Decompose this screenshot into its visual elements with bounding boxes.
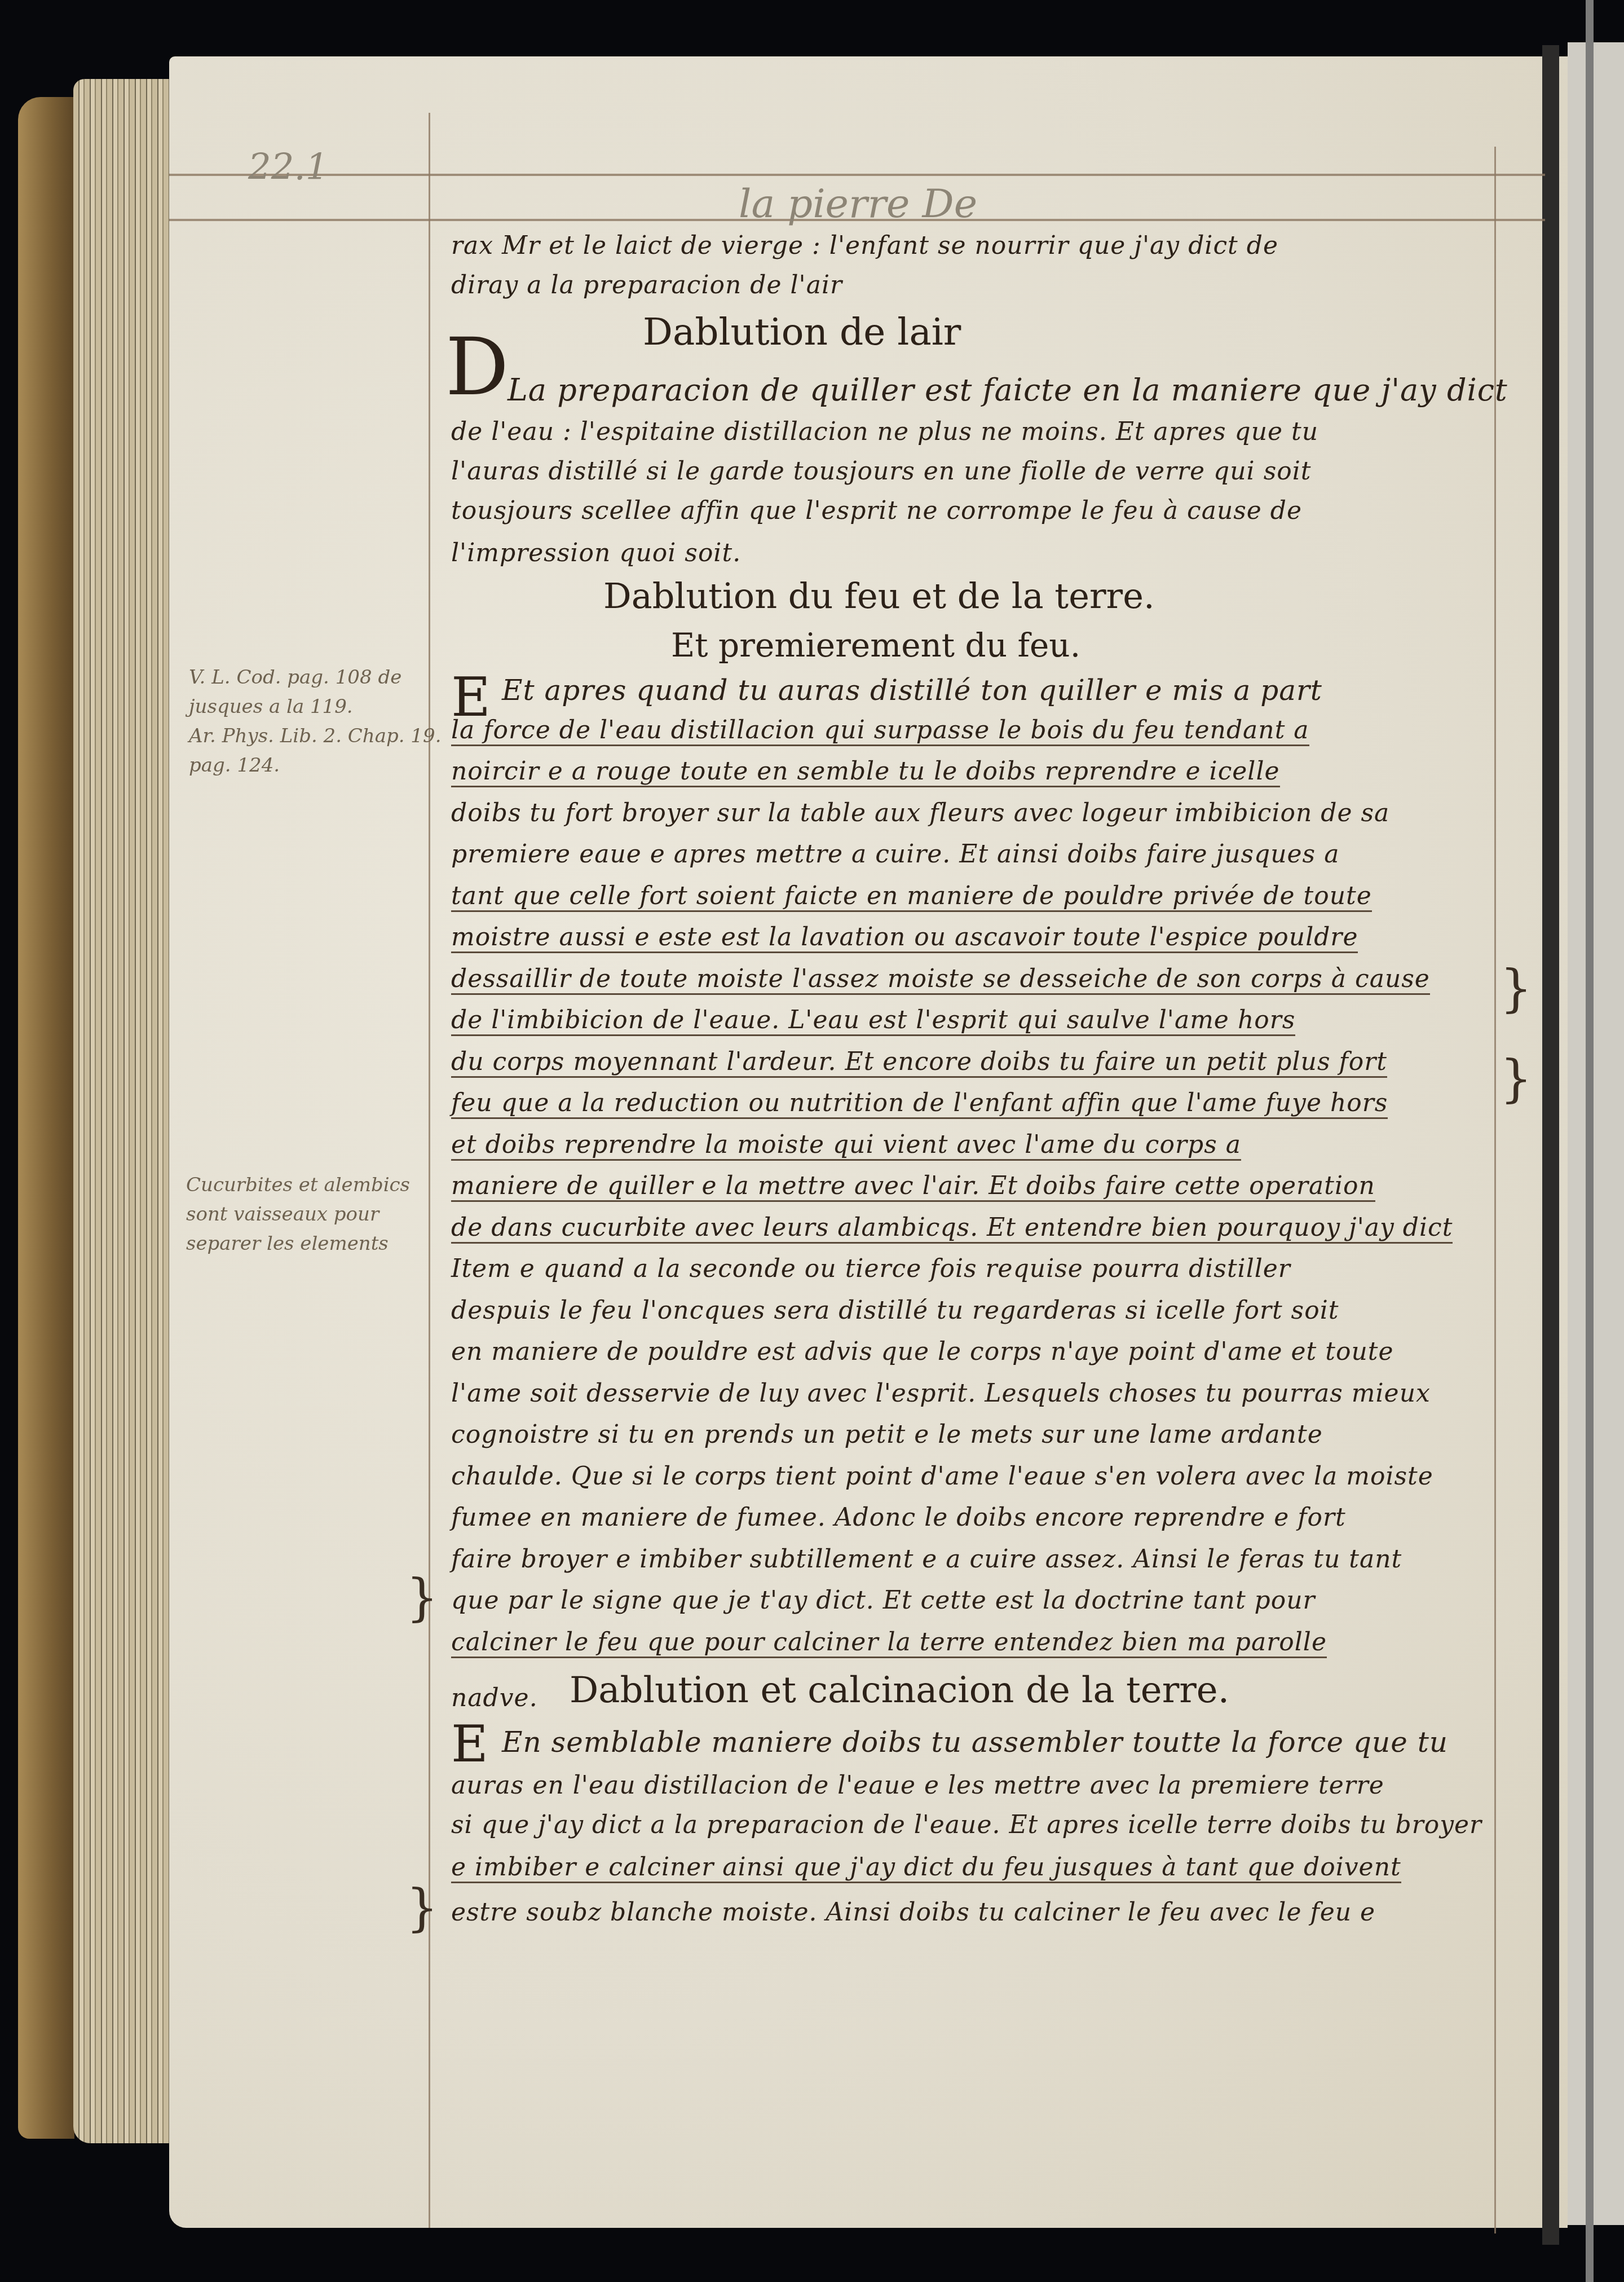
text-line: faire broyer e imbiber subtillement e a … <box>451 1545 1402 1574</box>
margin-note-vessels: Cucurbites et alembics sont vaisseaux po… <box>186 1170 410 1258</box>
text-line: noircir e a rouge toute en semble tu le … <box>451 757 1280 787</box>
margin-note-reference: V. L. Cod. pag. 108 de jusques a la 119.… <box>189 663 441 780</box>
text-line: fumee en maniere de fumee. Adonc le doib… <box>451 1503 1346 1532</box>
text-line: dessaillir de toute moiste l'assez moist… <box>451 964 1430 995</box>
section-heading: Dablution et calcinacion de la terre. <box>570 1669 1229 1711</box>
left-bracket-mark: } <box>406 1568 438 1627</box>
top-rule-1 <box>169 174 1545 176</box>
text-line: calciner le feu que pour calciner la ter… <box>451 1628 1327 1658</box>
text-line: La preparacion de quiller est faicte en … <box>507 372 1508 408</box>
right-margin-rule <box>1494 147 1496 2233</box>
text-line: Et apres quand tu auras distillé ton qui… <box>502 674 1322 707</box>
text-line: l'ame soit desservie de luy avec l'espri… <box>451 1379 1431 1408</box>
text-line: que par le signe que je t'ay dict. Et ce… <box>451 1586 1316 1615</box>
text-line: de l'imbibicion de l'eaue. L'eau est l'e… <box>451 1006 1295 1036</box>
right-bracket-mark: } <box>1500 959 1532 1018</box>
text-line: si que j'ay dict a la preparacion de l'e… <box>451 1810 1482 1839</box>
binding-gutter <box>1542 45 1559 2245</box>
book-cover-edge <box>18 97 74 2139</box>
page-stack-edge <box>73 79 175 2143</box>
text-line: premiere eaue e apres mettre a cuire. Et… <box>451 840 1339 869</box>
text-line: et doibs reprendre la moiste qui vient a… <box>451 1130 1241 1161</box>
text-line: despuis le feu l'oncques sera distillé t… <box>451 1296 1339 1325</box>
text-line: En semblable maniere doibs tu assembler … <box>502 1726 1448 1759</box>
text-line: chaulde. Que si le corps tient point d'a… <box>451 1462 1433 1491</box>
initial-letter: D <box>445 321 509 413</box>
glass-edge <box>1586 0 1594 2282</box>
text-line: l'impression quoi soit. <box>451 539 741 567</box>
running-head: la pierre De <box>739 180 977 227</box>
folio-number: 22.1 <box>248 147 329 188</box>
left-bracket-mark: } <box>406 1878 438 1937</box>
text-line: la force de l'eau distillacion qui surpa… <box>451 716 1309 746</box>
text-line: moistre aussi e este est la lavation ou … <box>451 923 1358 953</box>
initial-letter: E <box>451 1715 488 1774</box>
text-line: Item e quand a la seconde ou tierce fois… <box>451 1254 1291 1283</box>
facing-page-edge <box>1568 42 1624 2225</box>
text-line: estre soubz blanche moiste. Ainsi doibs … <box>451 1898 1375 1927</box>
section-heading: Dablution du feu et de la terre. <box>603 575 1155 616</box>
heading-prefix: nadve. <box>451 1684 538 1712</box>
section-subheading: Et premierement du feu. <box>671 626 1080 664</box>
text-line: cognoistre si tu en prends un petit e le… <box>451 1420 1323 1449</box>
text-line: du corps moyennant l'ardeur. Et encore d… <box>451 1047 1387 1078</box>
text-line: de dans cucurbite avec leurs alambicqs. … <box>451 1213 1453 1244</box>
section-heading: Dablution de lair <box>643 310 961 354</box>
text-line: tousjours scellee affin que l'esprit ne … <box>451 496 1302 525</box>
text-line: auras en l'eau distillacion de l'eaue e … <box>451 1771 1384 1800</box>
text-line: doibs tu fort broyer sur la table aux fl… <box>451 799 1389 827</box>
text-line: e imbiber e calciner ainsi que j'ay dict… <box>451 1853 1401 1883</box>
text-line: maniere de quiller e la mettre avec l'ai… <box>451 1171 1375 1202</box>
text-line: diray a la preparacion de l'air <box>451 271 842 299</box>
text-line: rax Mr et le laict de vierge : l'enfant … <box>451 231 1278 260</box>
text-line: en maniere de pouldre est advis que le c… <box>451 1337 1393 1366</box>
text-line: l'auras distillé si le garde tousjours e… <box>451 457 1311 486</box>
text-line: feu que a la reduction ou nutrition de l… <box>451 1089 1388 1119</box>
text-line: tant que celle fort soient faicte en man… <box>451 882 1372 912</box>
text-line: de l'eau : l'espitaine distillacion ne p… <box>451 417 1318 446</box>
right-bracket-mark: } <box>1500 1049 1532 1108</box>
